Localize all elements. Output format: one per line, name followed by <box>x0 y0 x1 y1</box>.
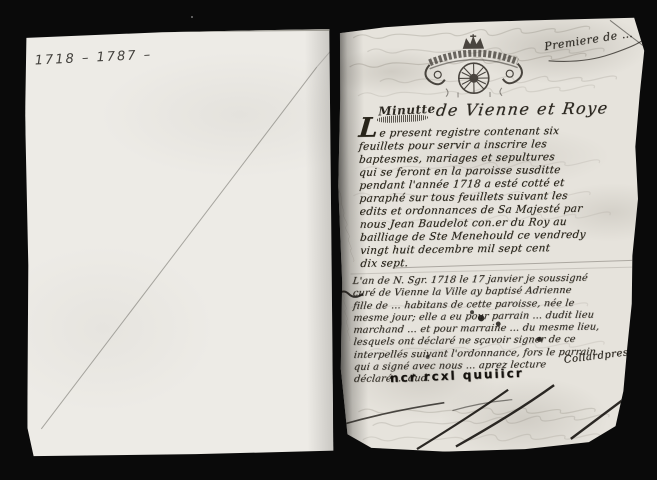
dust-speck <box>191 16 193 18</box>
scanned-register-spread: 1718 – 1787 – <box>0 0 657 480</box>
manuscript-page: Premiere de … Minutte de Vienne et Roye … <box>327 16 653 456</box>
cancellation-strokes <box>327 16 653 456</box>
crease-line <box>25 29 334 457</box>
left-blank-page: 1718 – 1787 – <box>25 29 334 457</box>
